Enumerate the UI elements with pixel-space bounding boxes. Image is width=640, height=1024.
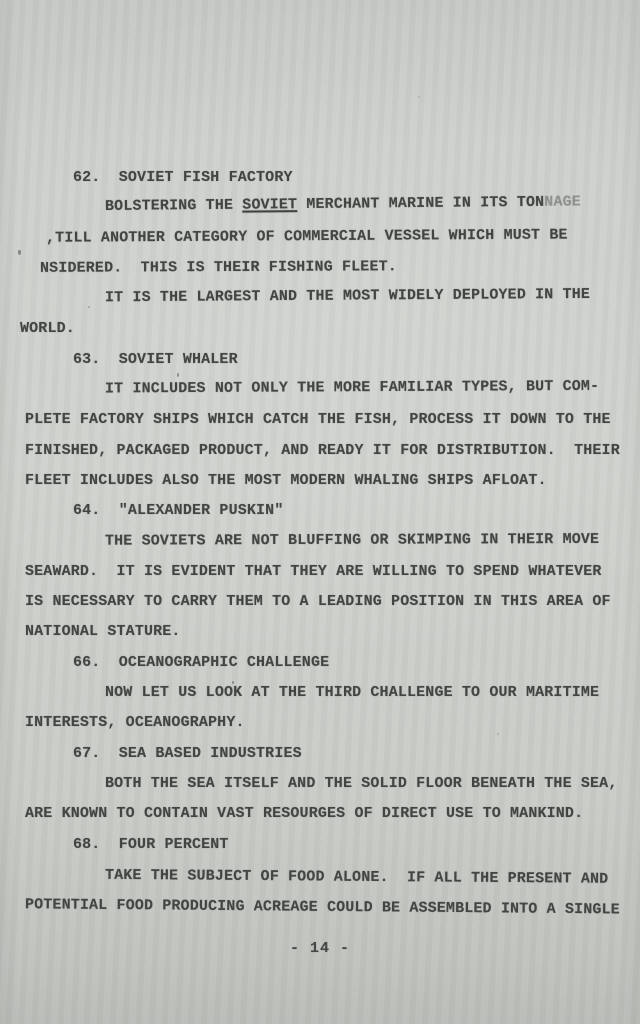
text-line: PLETE FACTORY SHIPS WHICH CATCH THE FISH… <box>0 405 640 435</box>
text-segment: 68. FOUR PERCENT <box>73 836 229 853</box>
text-segment: MERCHANT MARINE IN ITS TON <box>297 194 544 213</box>
text-line: ,TILL ANOTHER CATEGORY OF COMMERCIAL VES… <box>0 220 640 254</box>
text-segment: 67. SEA BASED INDUSTRIES <box>73 745 302 762</box>
text-line: 64. "ALEXANDER PUSKIN" <box>0 496 640 526</box>
text-segment: FLEET INCLUDES ALSO THE MOST MODERN WHAL… <box>25 472 547 489</box>
scan-speck <box>418 96 420 98</box>
text-line: ARE KNOWN TO CONTAIN VAST RESOURGES OF D… <box>0 799 640 829</box>
text-line: IS NECESSARY TO CARRY THEM TO A LEADING … <box>0 587 640 617</box>
text-segment: NATIONAL STATURE. <box>25 623 181 640</box>
text-line: BOTH THE SEA ITSELF AND THE SOLID FLOOR … <box>0 769 640 799</box>
text-line: NATIONAL STATURE. <box>0 617 640 647</box>
scan-speck <box>232 681 234 684</box>
text-line: FLEET INCLUDES ALSO THE MOST MODERN WHAL… <box>0 466 640 496</box>
text-line: IT INCLUDES NOT ONLY THE MORE FAMILIAR T… <box>0 372 640 406</box>
scan-speck <box>18 250 21 255</box>
text-segment: WORLD. <box>20 320 75 337</box>
text-line: NOW LET US LOOK AT THE THIRD CHALLENGE T… <box>0 678 640 708</box>
text-segment: THE SOVIETS ARE NOT BLUFFING OR SKIMPING… <box>105 530 599 549</box>
text-line: 68. FOUR PERCENT <box>0 830 640 860</box>
page-number: - 14 - <box>0 940 640 957</box>
text-line: SEAWARD. IT IS EVIDENT THAT THEY ARE WIL… <box>0 557 640 587</box>
text-segment: 63. SOVIET WHALER <box>73 351 238 368</box>
text-segment: TAKE THE SUBJECT OF FOOD ALONE. IF ALL T… <box>105 867 608 888</box>
text-segment: SEAWARD. IT IS EVIDENT THAT THEY ARE WIL… <box>25 563 602 580</box>
text-line: POTENTIAL FOOD PRODUCING ACREAGE COULD B… <box>0 890 640 926</box>
text-segment: NOW LET US LOOK AT THE THIRD CHALLENGE T… <box>105 684 599 701</box>
text-line: 63. SOVIET WHALER <box>0 345 640 375</box>
text-segment: NSIDERED. THIS IS THEIR FISHING FLEET. <box>40 258 397 277</box>
text-segment: FINISHED, PACKAGED PRODUCT, AND READY IT… <box>25 442 620 459</box>
text-segment: IS NECESSARY TO CARRY THEM TO A LEADING … <box>25 593 611 610</box>
text-segment: PLETE FACTORY SHIPS WHICH CATCH THE FISH… <box>25 411 611 428</box>
text-segment: 64. "ALEXANDER PUSKIN" <box>73 502 283 519</box>
text-segment: INTERESTS, OCEANOGRAPHY. <box>25 714 245 731</box>
text-line: BOLSTERING THE SOVIET MERCHANT MARINE IN… <box>0 187 640 223</box>
text-line: FINISHED, PACKAGED PRODUCT, AND READY IT… <box>0 436 640 466</box>
text-segment: ARE KNOWN TO CONTAIN VAST RESOURGES OF D… <box>25 805 583 822</box>
text-line: 67. SEA BASED INDUSTRIES <box>0 739 640 769</box>
text-segment: ,TILL ANOTHER CATEGORY OF COMMERCIAL VES… <box>46 226 568 246</box>
scan-speck <box>497 733 499 735</box>
text-segment: IT INCLUDES NOT ONLY THE MORE FAMILIAR T… <box>105 378 599 398</box>
document-page: 62. SOVIET FISH FACTORYBOLSTERING THE SO… <box>0 0 640 1024</box>
scan-speck <box>88 306 90 308</box>
text-segment: 66. OCEANOGRAPHIC CHALLENGE <box>73 654 329 671</box>
text-line: IT IS THE LARGEST AND THE MOST WIDELY DE… <box>0 280 640 315</box>
text-line: WORLD. <box>0 314 640 344</box>
text-segment: NAGE <box>544 194 581 211</box>
text-segment: BOTH THE SEA ITSELF AND THE SOLID FLOOR … <box>105 775 617 792</box>
text-segment: IT IS THE LARGEST AND THE MOST WIDELY DE… <box>105 286 590 306</box>
text-line: THE SOVIETS ARE NOT BLUFFING OR SKIMPING… <box>0 524 640 557</box>
text-segment: SOVIET <box>242 196 297 214</box>
text-segment: BOLSTERING THE <box>105 197 242 215</box>
text-segment: 62. SOVIET FISH FACTORY <box>73 169 293 186</box>
typewritten-text: 62. SOVIET FISH FACTORYBOLSTERING THE SO… <box>0 163 640 920</box>
scan-speck <box>177 373 179 377</box>
text-segment: POTENTIAL FOOD PRODUCING ACREAGE COULD B… <box>25 896 620 918</box>
text-line: INTERESTS, OCEANOGRAPHY. <box>0 708 640 738</box>
text-line: 66. OCEANOGRAPHIC CHALLENGE <box>0 648 640 678</box>
